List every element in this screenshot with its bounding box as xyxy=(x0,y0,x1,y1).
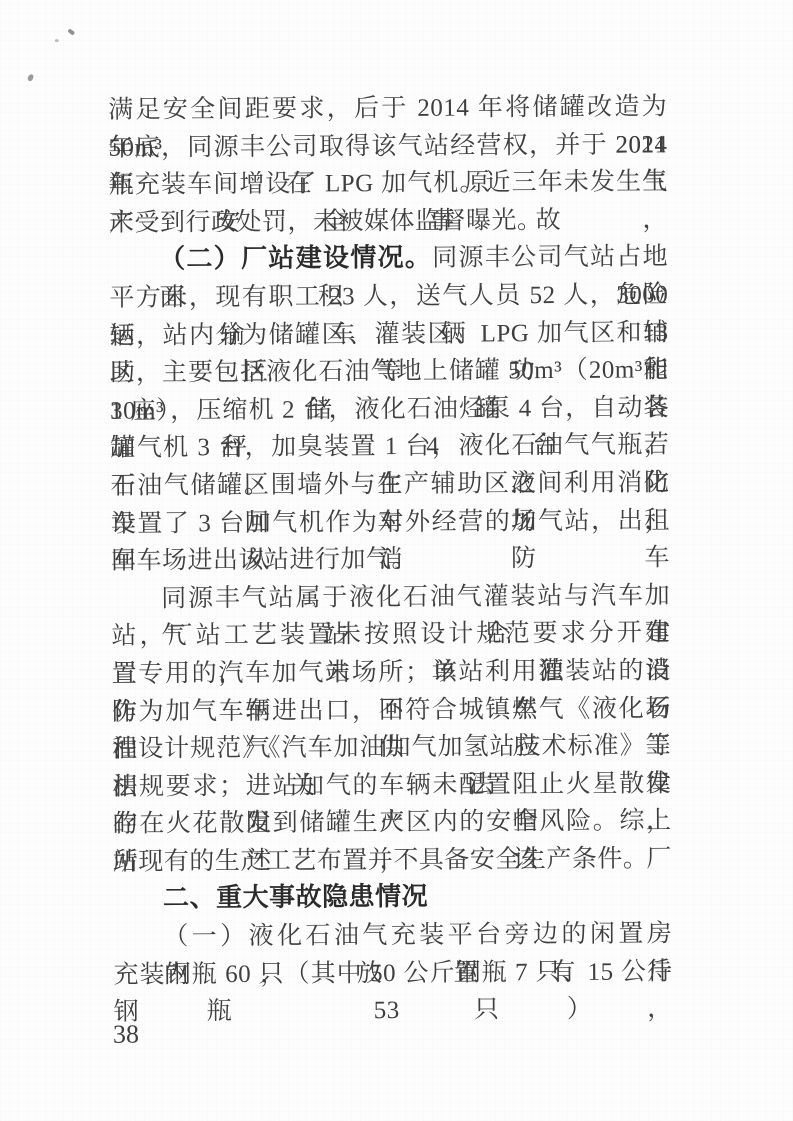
text-line: 法规要求；进站加气的车辆未配置阻止火星散发的阻火帽， xyxy=(112,765,671,806)
heading-text: （二）厂站建设情况。 xyxy=(159,243,432,275)
text-line: 充装钢瓶 60 只（其中 50 公斤钢瓶 7 只、15 公斤钢瓶 53 只）， xyxy=(113,953,672,994)
text-line: 设置了 3 台加气机作为对外经营的加气站，出租车从消防车 xyxy=(111,502,670,543)
text-line: 同源丰气站属于液化石油气灌装站与汽车加气站合建 xyxy=(111,577,670,618)
page-content: 满足安全间距要求，后于 2014 年将储罐改造为 50m³。2014年底，同源丰… xyxy=(0,0,793,1121)
text-line: 瓶充装车间增设了 LPG 加气机。近三年未发生生产安全事故， xyxy=(109,164,668,205)
text-line: 站现有的生产工艺布置并不具备安全生产条件。 xyxy=(113,840,672,881)
scan-speck xyxy=(27,74,34,82)
body-text: 回车场进出该站进行加气。 xyxy=(111,546,417,575)
scan-speck xyxy=(55,39,59,42)
scanned-page: 满足安全间距要求，后于 2014 年将储罐改造为 50m³。2014年底，同源丰… xyxy=(0,0,793,1121)
text-line: 年底，同源丰公司取得该气站经营权，并于 2021 年在原气 xyxy=(108,126,667,167)
text-block: 满足安全间距要求，后于 2014 年将储罐改造为 50m³。2014年底，同源丰… xyxy=(108,88,673,994)
text-line: 满足安全间距要求，后于 2014 年将储罐改造为 50m³。2014 xyxy=(108,88,667,129)
text-line: 置专用的汽车加气站场所；该站利用灌装站的消防车回车场 xyxy=(112,652,671,693)
text-line: （二）厂站建设情况。同源丰公司气站占地面积 3000 xyxy=(109,239,668,280)
text-line: 二、重大事故隐患情况 xyxy=(113,878,672,919)
text-line: （一）液化石油气充装平台旁边的闲置房内，放置有待 xyxy=(113,915,672,956)
body-text: 站现有的生产工艺布置并不具备安全生产条件。 xyxy=(113,845,649,875)
heading-text: 二、重大事故隐患情况 xyxy=(163,882,428,914)
body-text: 未受到行政处罚，未被媒体监督曝光。 xyxy=(109,207,543,237)
text-line: 石油气储罐区围墙外与生产辅助区之间利用消防车回车场， xyxy=(110,464,669,505)
text-line: 作为加气车辆进出口，不符合城镇燃气《液化石油气供应工 xyxy=(112,690,671,731)
text-line: 辆，站内分为储罐区、灌装区、LPG 加气区和辅助区等功能 xyxy=(110,314,669,355)
text-line: 1 座），压缩机 2 台，液化石油烃泵 4 台，自动装罐秤 4 台， xyxy=(110,389,669,430)
scan-speck xyxy=(67,28,75,35)
body-text: 充装钢瓶 60 只（其中 50 公斤钢瓶 7 只、15 公斤钢瓶 53 只）， xyxy=(113,958,672,1026)
text-line: 站，厂站工艺装置未按照设计规范要求分开布置，未单独设 xyxy=(111,615,670,656)
text-line: 加气机 3 台，加臭装置 1 台，液化石油气气瓶若干。在液化 xyxy=(110,427,669,468)
text-line: 程设计规范》《汽车加油加气加氢站技术标准》等相关法律 xyxy=(112,727,671,768)
text-line: 平方米，现有职工 23 人，送气人员 52 人，危险运输车辆 13 xyxy=(109,276,668,317)
text-line: 区，主要包括液化石油气地上储罐 50m³（20m³和 30m³储罐各 xyxy=(110,351,669,392)
page-number: 38 xyxy=(113,1020,139,1050)
text-line: 存在火花散发到储罐生产区内的安全风险。综上所述，该厂 xyxy=(112,803,671,844)
